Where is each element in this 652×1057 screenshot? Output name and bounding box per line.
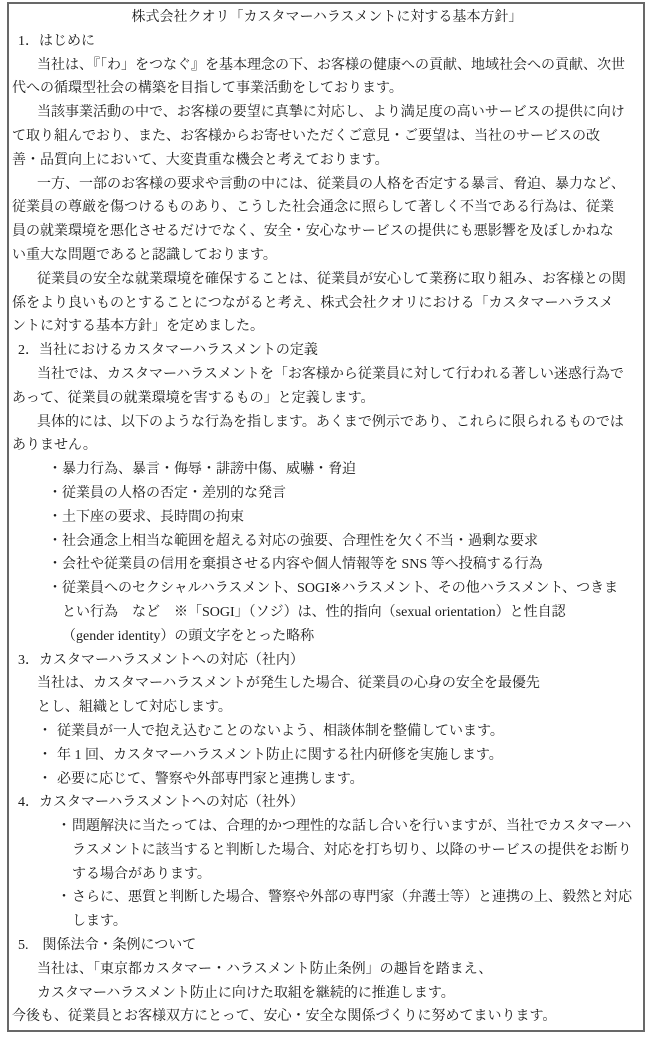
paragraph-line: 一方、一部のお客様の要求や言動の中には、従業員の人格を否定する暴言、脅迫、暴力な…: [12, 173, 642, 197]
bullet-item: ・従業員の人格の否定・差別的な発言: [12, 482, 642, 506]
paragraph-line: 員の就業環境を悪化させるだけでなく、安全・安心なサービスの提供にも悪影響を及ぼし…: [12, 220, 642, 244]
bullet-item: ・問題解決に当たっては、合理的かつ理性的な話し合いを行いますが、当社でカスタマー…: [12, 815, 642, 839]
bullet-icon: ・: [38, 768, 57, 792]
paragraph-line: あって、従業員の就業環境を害するもの」と定義します。: [12, 387, 642, 411]
bullet-item: ・さらに、悪質と判断した場合、警察や外部の専門家（弁護士等）と連携の上、毅然と対…: [12, 886, 642, 910]
bullet-text: 暴力行為、暴言・侮辱・誹謗中傷、威嚇・脅迫: [62, 458, 356, 482]
paragraph-line: 当社は、「東京都カスタマー・ハラスメント防止条例」の趣旨を踏まえ、: [12, 958, 642, 982]
bullet-text: 社会通念上相当な範囲を超える対応の強要、合理性を欠く不当・過剰な要求: [62, 530, 538, 554]
paragraph-line: 善・品質向上において、大変貴重な機会と考えております。: [12, 149, 642, 173]
bullet-text: 会社や従業員の信用を棄損させる内容や個人情報等を SNS 等へ投稿する行為: [62, 553, 543, 577]
bullet-icon: ・: [48, 553, 62, 577]
bullet-item: ・土下座の要求、長時間の拘束: [12, 506, 642, 530]
paragraph-line: い重大な問題であると認識しております。: [12, 244, 642, 268]
paragraph-line: 当社は、カスタマーハラスメントが発生した場合、従業員の心身の安全を最優先: [12, 672, 642, 696]
paragraph-line: ありません。: [12, 434, 642, 458]
bullet-icon: ・: [48, 458, 62, 482]
bullet-text: 問題解決に当たっては、合理的かつ理性的な話し合いを行いますが、当社でカスタマーハ: [72, 815, 631, 839]
bullet-text-continuation: します。: [12, 910, 642, 934]
paragraph-line: 代への循環型社会の構築を目指して事業活動をしております。: [12, 77, 642, 101]
bullet-item: ・暴力行為、暴言・侮辱・誹謗中傷、威嚇・脅迫: [12, 458, 642, 482]
bullet-icon: ・: [48, 577, 62, 601]
bullet-text-continuation: ラスメントに該当すると判断した場合、対応を打ち切り、以降のサービスの提供をお断り: [12, 839, 642, 863]
closing-line: 今後も、従業員とお客様双方にとって、安心・安全な関係づくりに努めてまいります。: [12, 1005, 642, 1029]
paragraph-line: 具体的には、以下のような行為を指します。あくまで例示であり、これらに限られるもの…: [12, 411, 642, 435]
bullet-item: ・年 1 回、カスタマーハラスメント防止に関する社内研修を実施します。: [12, 744, 642, 768]
bullet-icon: ・: [57, 815, 72, 839]
bullet-text-continuation: する場合があります。: [12, 863, 642, 887]
paragraph-line: 当該事業活動の中で、お客様の要望に真摯に対応し、より満足度の高いサービスの提供に…: [12, 101, 642, 125]
bullet-item: ・会社や従業員の信用を棄損させる内容や個人情報等を SNS 等へ投稿する行為: [12, 553, 642, 577]
section-heading: 2．当社におけるカスタマーハラスメントの定義: [12, 339, 642, 363]
bullet-icon: ・: [38, 744, 57, 768]
bullet-text: 年 1 回、カスタマーハラスメント防止に関する社内研修を実施します。: [57, 744, 503, 768]
bullet-text: 従業員が一人で抱え込むことのないよう、相談体制を整備しています。: [57, 720, 504, 744]
paragraph-line: 当社では、カスタマーハラスメントを「お客様から従業員に対して行われる著しい迷惑行…: [12, 363, 642, 387]
section-heading: 5. 関係法令・条例について: [12, 934, 642, 958]
paragraph-line: ントに対する基本方針」を定めました。: [12, 315, 642, 339]
bullet-item: ・必要に応じて、警察や外部専門家と連携します。: [12, 768, 642, 792]
document-border-frame: 株式会社クオリ「カスタマーハラスメントに対する基本方針」1．はじめに当社は、『「…: [7, 2, 645, 1032]
doc-title: 株式会社クオリ「カスタマーハラスメントに対する基本方針」: [12, 6, 642, 30]
paragraph-line: 従業員の安全な就業環境を確保することは、従業員が安心して業務に取り組み、お客様と…: [12, 268, 642, 292]
bullet-text-continuation: とい行為 など ※「SOGI」（ソジ）は、性的指向（sexual orienta…: [12, 601, 642, 625]
paragraph-line: カスタマーハラスメント防止に向けた取組を継続的に推進します。: [12, 982, 642, 1006]
bullet-item: ・従業員が一人で抱え込むことのないよう、相談体制を整備しています。: [12, 720, 642, 744]
bullet-item: ・社会通念上相当な範囲を超える対応の強要、合理性を欠く不当・過剰な要求: [12, 530, 642, 554]
bullet-item: ・従業員へのセクシャルハラスメント、SOGI※ハラスメント、その他ハラスメント、…: [12, 577, 642, 601]
bullet-text: 従業員の人格の否定・差別的な発言: [62, 482, 286, 506]
paragraph-line: 当社は、『「わ」をつなぐ』を基本理念の下、お客様の健康への貢献、地域社会への貢献…: [12, 54, 642, 78]
bullet-text-continuation: （gender identity）の頭文字をとった略称: [12, 625, 642, 649]
section-heading: 4．カスタマーハラスメントへの対応（社外）: [12, 791, 642, 815]
paragraph-line: 従業員の尊厳を傷つけるものあり、こうした社会通念に照らして著しく不当である行為は…: [12, 196, 642, 220]
bullet-text: 従業員へのセクシャルハラスメント、SOGI※ハラスメント、その他ハラスメント、つ…: [62, 577, 618, 601]
page: 株式会社クオリ「カスタマーハラスメントに対する基本方針」1．はじめに当社は、『「…: [0, 0, 652, 1057]
bullet-icon: ・: [57, 886, 72, 910]
bullet-icon: ・: [38, 720, 57, 744]
bullet-text: さらに、悪質と判断した場合、警察や外部の専門家（弁護士等）と連携の上、毅然と対応: [72, 886, 632, 910]
bullet-icon: ・: [48, 506, 62, 530]
policy-document: 株式会社クオリ「カスタマーハラスメントに対する基本方針」1．はじめに当社は、『「…: [12, 6, 642, 1029]
bullet-text: 土下座の要求、長時間の拘束: [62, 506, 244, 530]
section-heading: 3．カスタマーハラスメントへの対応（社内）: [12, 649, 642, 673]
paragraph-line: 係をより良いものとすることにつながると考え、株式会社クオリにおける「カスタマーハ…: [12, 292, 642, 316]
bullet-icon: ・: [48, 482, 62, 506]
paragraph-line: とし、組織として対応します。: [12, 696, 642, 720]
bullet-text: 必要に応じて、警察や外部専門家と連携します。: [57, 768, 364, 792]
bullet-icon: ・: [48, 530, 62, 554]
paragraph-line: て取り組んでおり、また、お客様からお寄せいただくご意見・ご要望は、当社のサービス…: [12, 125, 642, 149]
section-heading: 1．はじめに: [12, 30, 642, 54]
